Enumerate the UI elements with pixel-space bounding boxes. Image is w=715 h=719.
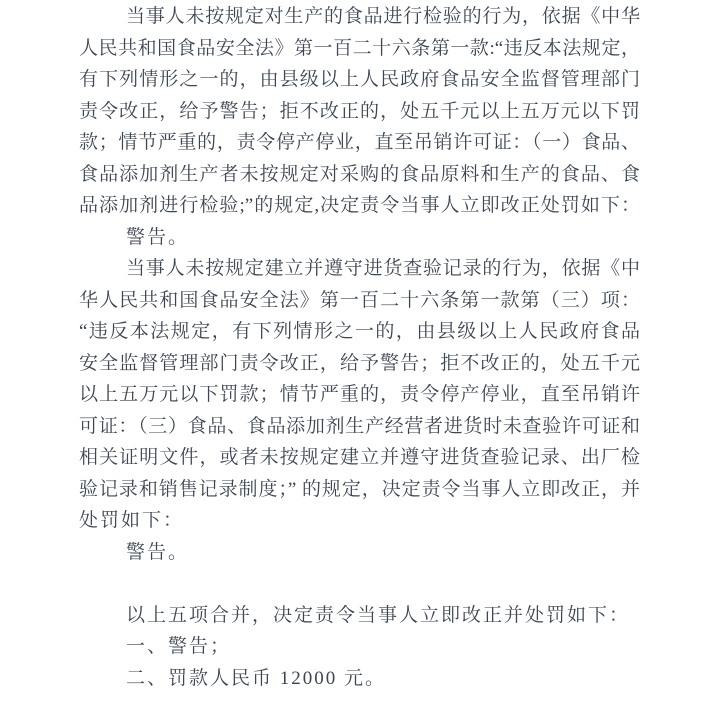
text-line: 有下列情形之一的，由县级以上人民政府食品安全监督管理部门: [79, 64, 640, 96]
text-line: 以上五项合并，决定责令当事人立即改正并处罚如下：: [79, 600, 640, 632]
document-lines: 当事人未按规定对生产的食品进行检验的行为，依据《中华人民共和国食品安全法》第一百…: [79, 1, 640, 694]
text-line: 二、罚款人民币 12000 元。: [79, 663, 640, 695]
text-line: [79, 568, 640, 600]
text-line: 一、警告；: [79, 631, 640, 663]
text-line: 款；情节严重的，责令停产停业，直至吊销许可证：（一）食品、: [79, 127, 640, 159]
text-line: 食品添加剂生产者未按规定对采购的食品原料和生产的食品、食: [79, 159, 640, 191]
text-line: “违反本法规定，有下列情形之一的，由县级以上人民政府食品: [79, 316, 640, 348]
text-line: 警告。: [79, 222, 640, 254]
text-line: 华人民共和国食品安全法》第一百二十六条第一款第（三）项：: [79, 285, 640, 317]
text-line: 人民共和国食品安全法》第一百二十六条第一款:“违反本法规定，: [79, 33, 640, 65]
text-line: 安全监督管理部门责令改正，给予警告；拒不改正的，处五千元: [79, 348, 640, 380]
text-line: 处罚如下：: [79, 505, 640, 537]
text-line: 相关证明文件，或者未按规定建立并遵守进货查验记录、出厂检: [79, 442, 640, 474]
text-line: 验记录和销售记录制度；” 的规定，决定责令当事人立即改正，并: [79, 474, 640, 506]
text-line: 以上五万元以下罚款；情节严重的，责令停产停业，直至吊销许: [79, 379, 640, 411]
text-line: 警告。: [79, 537, 640, 569]
text-line: 责令改正，给予警告；拒不改正的，处五千元以上五万元以下罚: [79, 96, 640, 128]
text-line: 当事人未按规定建立并遵守进货查验记录的行为，依据《中: [79, 253, 640, 285]
text-line: 品添加剂进行检验;”的规定,决定责令当事人立即改正处罚如下：: [79, 190, 640, 222]
text-line: 当事人未按规定对生产的食品进行检验的行为，依据《中华: [79, 1, 640, 33]
document-page: 当事人未按规定对生产的食品进行检验的行为，依据《中华人民共和国食品安全法》第一百…: [0, 0, 715, 719]
text-line: 可证：（三）食品、食品添加剂生产经营者进货时未查验许可证和: [79, 411, 640, 443]
